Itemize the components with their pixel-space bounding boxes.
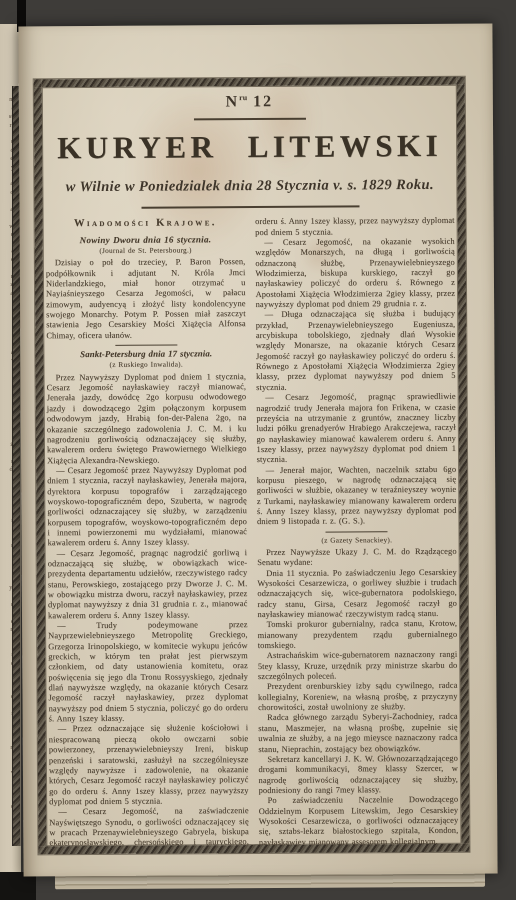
newspaper-page: Nru 12 KURYER LITEWSKI w Wilnie w Ponied… [18,24,497,877]
masthead: Nru 12 KURYER LITEWSKI w Wilnie w Ponied… [42,85,458,210]
issue-value: 12 [253,93,273,110]
issue-prefix: N [226,93,240,110]
article-paragraph: Tomski prokuror gubernialny, radca stanu… [258,619,458,651]
article-paragraph: Przez Naywyższe Ukazy J. C. M. do Rządzą… [257,547,457,569]
article-columns: Wiadomości Krajowe.Nowiny Dworu dnia 16 … [43,207,462,846]
separator-rule [115,345,177,346]
decorative-border-frame: Nru 12 KURYER LITEWSKI w Wilnie w Ponied… [34,77,470,855]
article-dateline: Sankt-Petersburg dnia 17 stycznia. [46,348,246,360]
left-column: Wiadomości Krajowe.Nowiny Dworu dnia 16 … [46,217,249,846]
article-paragraph-continuation: orderu ś. Anny 1szey klassy, przez naywy… [255,216,455,238]
article-paragraph: — Cesarz Jegomość, na zaświadczenie Nayś… [49,806,249,846]
article-paragraph: — Cesarz Jegomość, pragnąc nagrodzić gor… [48,548,248,622]
newspaper-title: KURYER LITEWSKI [42,128,457,167]
article-paragraph: — Długa odznaczająca się służba i budują… [256,309,456,393]
source-note: (z Ruskiego Inwalida). [46,360,246,372]
article-paragraph: Dzisiay o poł do trzeciey, P. Baron Poss… [46,257,246,341]
article-paragraph: Sekretarz kancellaryi J. K. W. Głównozar… [258,754,458,797]
article-paragraph: Po zaświadczeniu Naczelnie Dowodzącego O… [259,795,459,846]
separator-rule [326,531,388,532]
article-paragraph: — Przez odznaczające się służenie kościo… [49,724,249,808]
source-note: (Journal de St. Petersbourg.) [46,245,246,257]
right-column: orderu ś. Anny 1szey klassy, przez naywy… [255,216,458,845]
article-paragraph: Radca głównego zarządu Syberyi-Zachodnie… [258,712,458,755]
masthead-rule-top [193,118,305,121]
article-paragraph: — Trudy podeymowane przez Nayprzewielebn… [48,620,248,725]
section-heading: Wiadomości Krajowe. [46,218,246,230]
article-paragraph: — Cesarz Jegomość, pragnąc sprawiedliwie… [256,392,456,466]
article-paragraph: Prezydent orenburskiey izby sądu cywilne… [258,681,458,713]
article-subhead: Nowiny Dworu dnia 16 stycznia. [46,234,246,246]
article-paragraph: — Cesarz Jegomość, na okazanie wysokich … [255,237,455,311]
article-paragraph: — Jenerał major, Wachten, naczelnik szta… [257,464,457,527]
issue-superscript: ru [239,93,247,102]
masthead-dateline: w Wilnie w Poniedzialek dnia 28 Stycznia… [42,177,457,197]
article-paragraph: Astrachańskim wice-gubernatorem naznaczo… [258,650,458,682]
scan-background: r-neyer-sto-ria-naso-ób,ey-yślcaad-oz-od… [0,0,516,900]
source-note: (z Gazety Senackiey). [257,534,457,546]
article-paragraph: Dnia 11 stycznia. Po zaświadczeniu Jego … [257,567,457,620]
issue-number: Nru 12 [42,92,457,113]
article-paragraph: — Cesarz Jegomość przez Naywyższy Dyplom… [47,465,247,549]
article-paragraph: Przez Naywyższy Dyplomat pod dniem 1 sty… [47,372,247,466]
